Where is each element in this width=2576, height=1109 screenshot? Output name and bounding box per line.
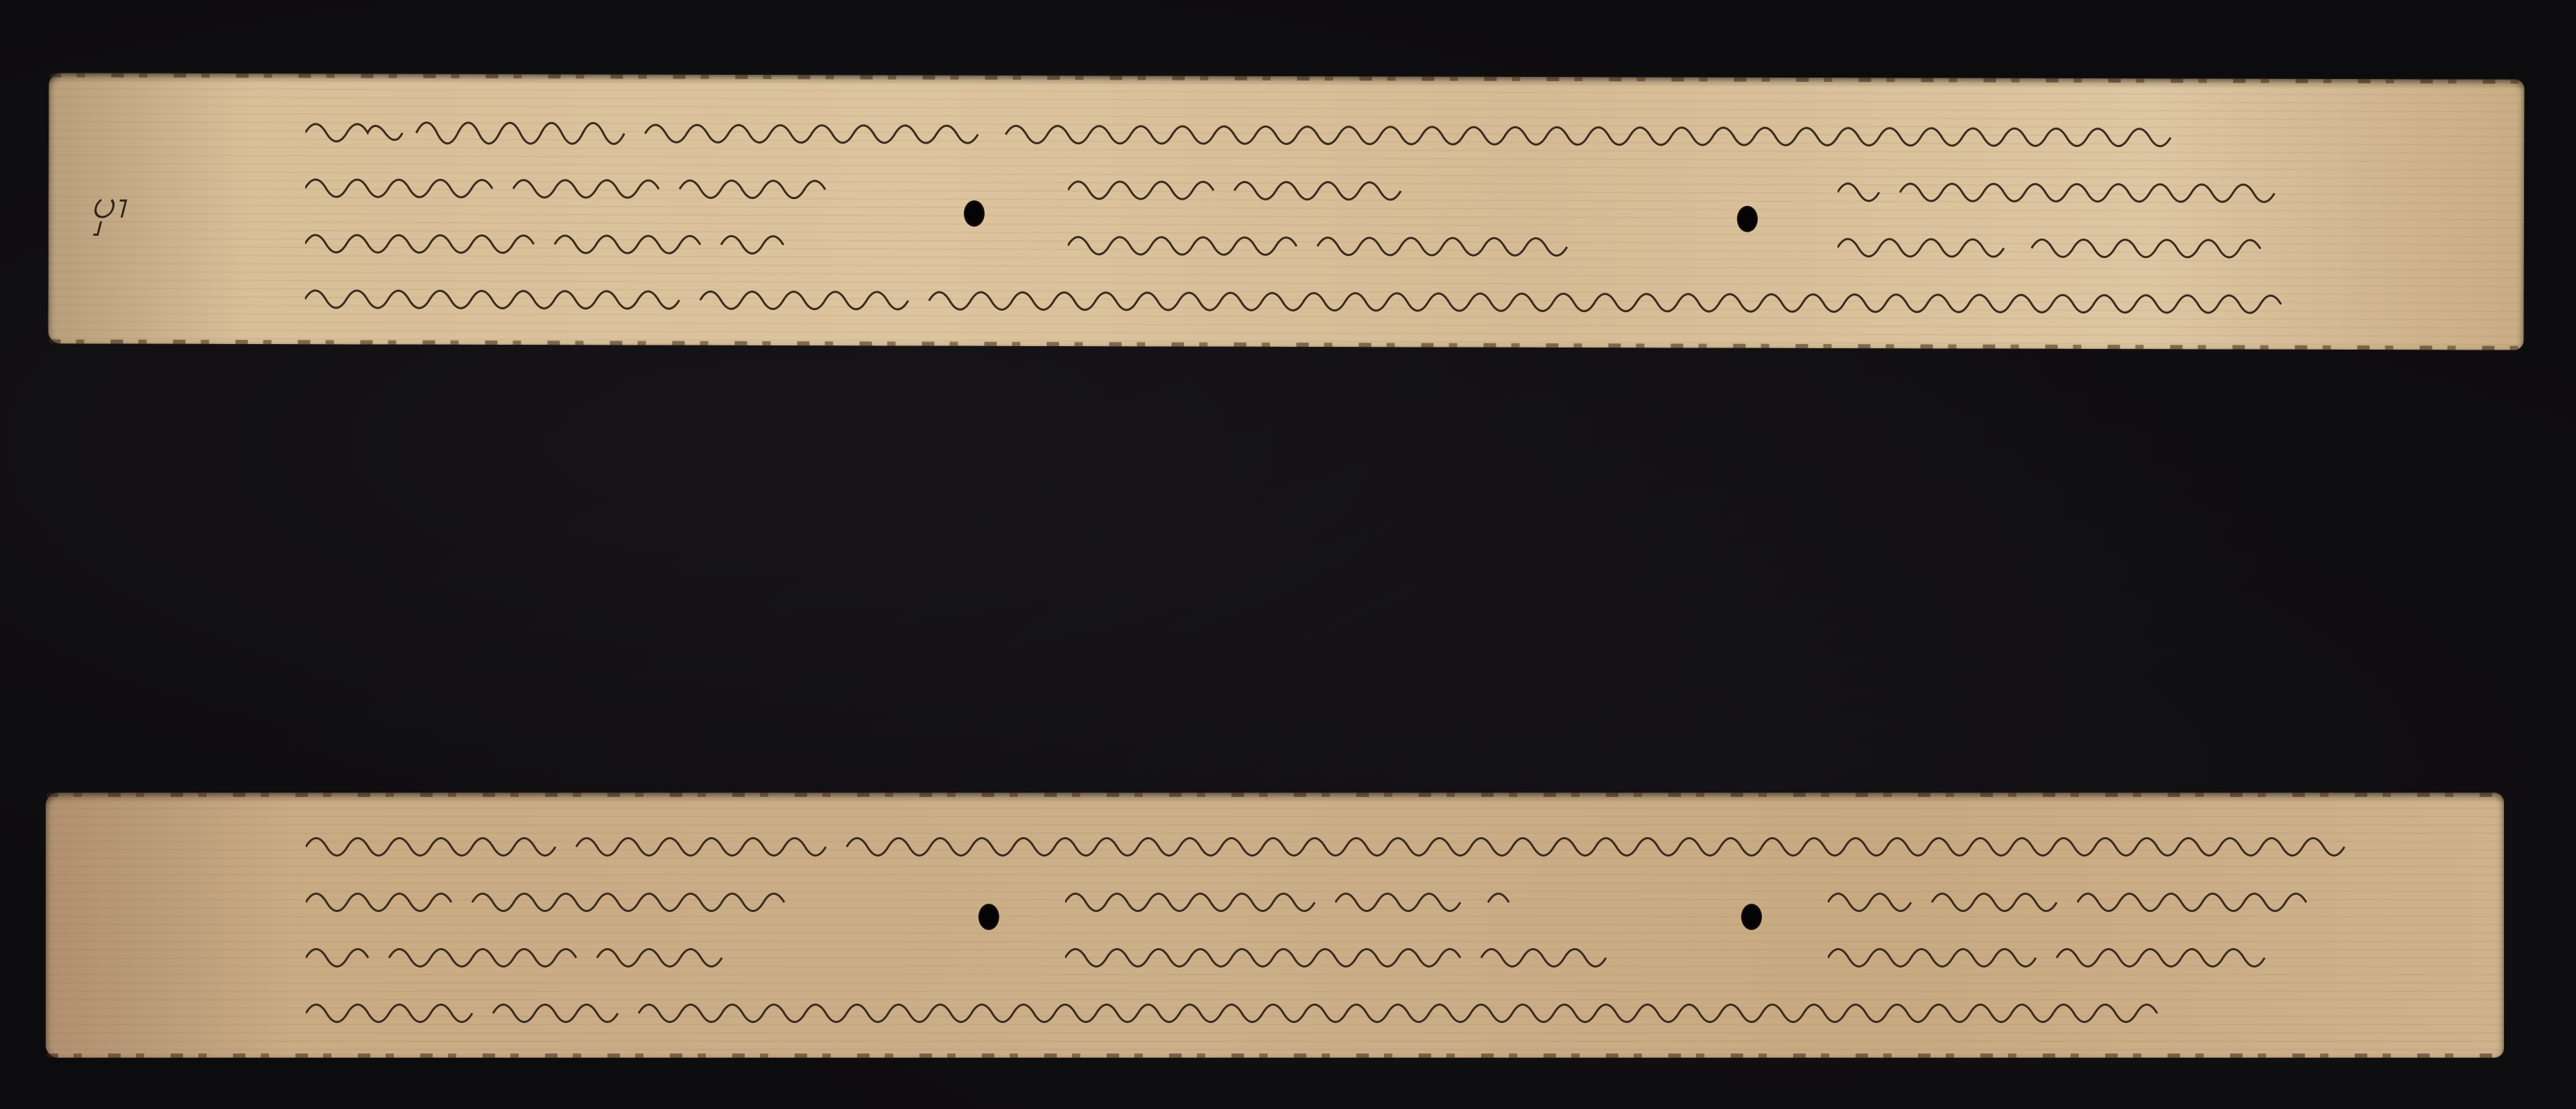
manuscript-line-3-segment-b: [1068, 218, 1692, 268]
handwritten-script: [306, 819, 2386, 868]
handwritten-script: [306, 986, 2386, 1034]
handwritten-script: [1068, 162, 1498, 212]
manuscript-line-3-segment-a: [305, 216, 915, 266]
handwritten-script: [305, 105, 2399, 159]
manuscript-line-2-segment-a: [306, 875, 902, 923]
manuscript-line-2-segment-c: [1828, 875, 2389, 923]
manuscript-line-1: [306, 819, 2386, 868]
handwritten-script: [1065, 930, 1675, 979]
string-hole: [1741, 904, 1762, 930]
handwritten-script: [305, 160, 888, 210]
string-hole: [978, 904, 999, 930]
manuscript-line-2-segment-b: [1065, 875, 1689, 923]
string-hole: [1737, 206, 1758, 232]
manuscript-line-2-segment-a: [305, 160, 888, 210]
manuscript-line-3-segment-b: [1065, 930, 1675, 979]
handwritten-script: [1828, 930, 2369, 979]
leaf-number: ၦၢ: [90, 177, 125, 238]
handwritten-script: [1838, 164, 2309, 214]
handwritten-script: [305, 271, 2399, 325]
palm-leaf-folio-2: [46, 793, 2504, 1058]
manuscript-line-3-segment-c: [1828, 930, 2369, 979]
string-hole: [964, 200, 985, 227]
handwritten-script: [1838, 220, 2337, 270]
manuscript-line-1: [305, 105, 2399, 159]
handwritten-script: [1828, 875, 2389, 923]
handwritten-script: [306, 875, 902, 923]
palm-leaf-folio-1: ၦၢ: [48, 73, 2524, 350]
manuscript-line-4: [306, 986, 2386, 1034]
handwritten-script: [305, 216, 915, 266]
manuscript-line-2-segment-b: [1068, 162, 1498, 212]
manuscript-line-3-segment-c: [1838, 220, 2337, 270]
handwritten-script: [1065, 875, 1689, 923]
manuscript-line-4: [305, 271, 2399, 325]
handwritten-script: [306, 930, 861, 979]
handwritten-script: [1068, 218, 1692, 268]
manuscript-line-2-segment-c: [1838, 164, 2309, 214]
manuscript-line-3-segment-a: [306, 930, 861, 979]
